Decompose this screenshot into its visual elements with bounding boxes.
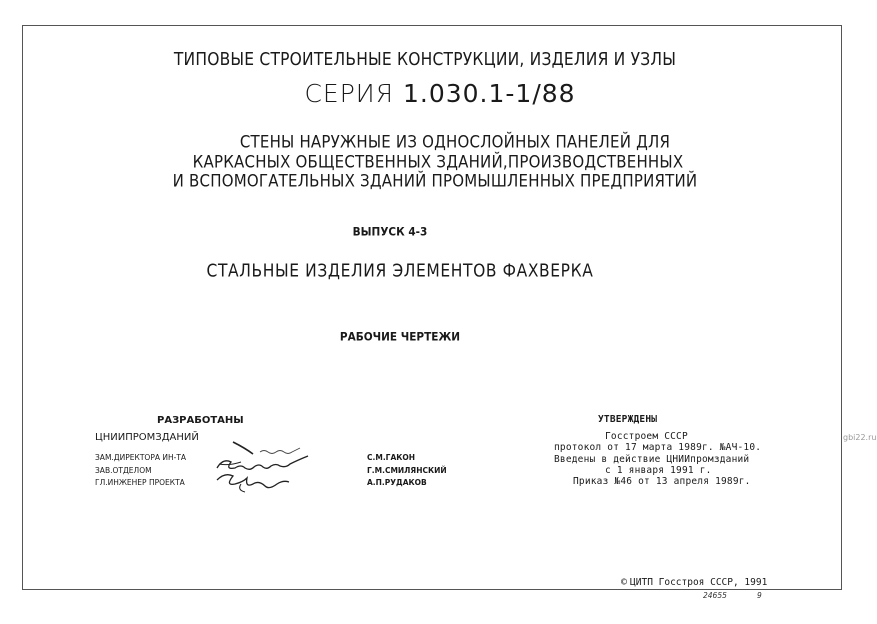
issue-title: СТАЛЬНЫЕ ИЗДЕЛИЯ ЭЛЕМЕНТОВ ФАХВЕРКА [180,261,620,282]
drawing-frame [22,25,842,590]
series-title: СЕРИЯ 1.030.1-1/88 [220,79,660,108]
sheet-code: 24655 [703,591,727,600]
developer-organization: ЦНИИПРОМЗДАНИЙ [95,432,199,443]
developers-heading: РАЗРАБОТАНЫ [157,415,244,426]
signatory-name: Г.М.СМИЛЯНСКИЙ [367,465,447,478]
document-type: РАБОЧИЕ ЧЕРТЕЖИ [330,330,470,343]
series-heading: ТИПОВЫЕ СТРОИТЕЛЬНЫЕ КОНСТРУКЦИИ, ИЗДЕЛИ… [155,49,695,70]
approval-line: с 1 января 1991 г. [605,465,712,476]
issue-number: ВЫПУСК 4-3 [330,225,450,238]
handwritten-signatures [205,440,345,495]
watermark: gbi22.ru [843,433,876,442]
signatory-role: ГЛ.ИНЖЕНЕР ПРОЕКТА [95,477,185,490]
approval-line: Госстроем СССР [605,431,688,442]
copyright-text: ЦИТП Госстроя СССР, 1991 [630,577,767,588]
approval-heading: УТВЕРЖДЕНЫ [598,414,657,425]
subtitle-line-3: И ВСПОМОГАТЕЛЬНЫХ ЗДАНИЙ ПРОМЫШЛЕННЫХ ПР… [125,171,745,192]
subtitle-line-2: КАРКАСНЫХ ОБЩЕСТВЕННЫХ ЗДАНИЙ,ПРОИЗВОДСТ… [128,152,748,173]
subtitle-line-1: СТЕНЫ НАРУЖНЫЕ ИЗ ОДНОСЛОЙНЫХ ПАНЕЛЕЙ ДЛ… [145,132,765,153]
copyright-notice: ©ЦИТП Госстроя СССР, 1991 [621,577,767,588]
signatory-role: ЗАВ.ОТДЕЛОМ [95,465,152,478]
approval-line: протокол от 17 марта 1989г. №АЧ-10. [554,442,761,453]
approval-line: Введены в действие ЦНИИпромзданий [554,454,749,465]
series-number: 1.030.1-1/88 [403,79,576,108]
approval-line: Приказ №46 от 13 апреля 1989г. [573,476,751,487]
copyright-icon: © [621,577,627,588]
signatory-name: А.П.РУДАКОВ [367,477,427,490]
sheet-number: 9 [757,591,762,600]
series-prefix: СЕРИЯ [304,79,394,108]
signatory-name: С.М.ГАКОН [367,452,415,465]
signatory-role: ЗАМ.ДИРЕКТОРА ИН-ТА [95,452,186,465]
